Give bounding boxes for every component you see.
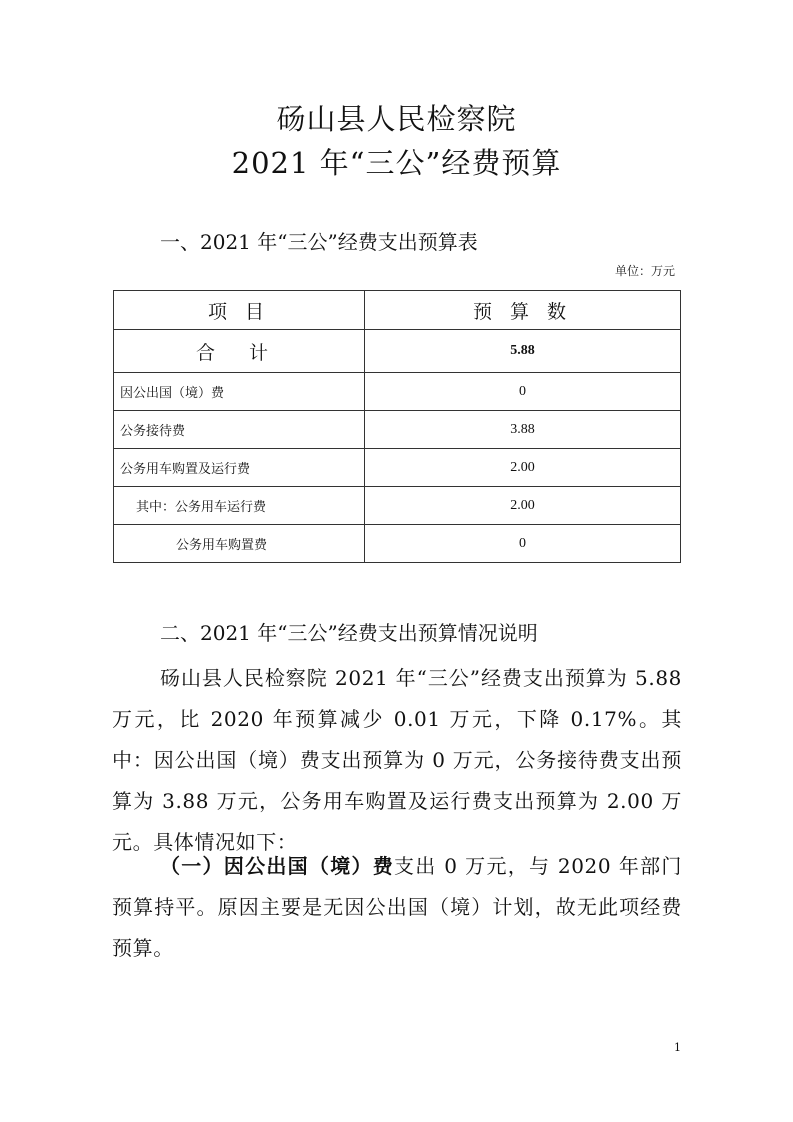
paragraph-summary: 砀山县人民检察院 2021 年“三公”经费支出预算为 5.88 万元，比 202…: [112, 658, 682, 863]
total-label: 合 计: [114, 330, 365, 373]
row-value: 0: [365, 373, 681, 411]
row-value: 0: [365, 525, 681, 563]
header-item: 项 目: [114, 291, 365, 330]
row-label: 其中：公务用车运行费: [114, 487, 365, 525]
row-label: 因公出国（境）费: [114, 373, 365, 411]
header-budget: 预 算 数: [365, 291, 681, 330]
row-value: 2.00: [365, 487, 681, 525]
table-row: 因公出国（境）费 0: [114, 373, 681, 411]
table-row: 其中：公务用车运行费 2.00: [114, 487, 681, 525]
unit-label: 单位：万元: [615, 263, 675, 279]
row-value: 3.88: [365, 411, 681, 449]
table-row: 公务用车购置费 0: [114, 525, 681, 563]
paragraph-overseas-travel: （一）因公出国（境）费支出 0 万元，与 2020 年部门预算持平。原因主要是无…: [112, 846, 682, 969]
document-title: 砀山县人民检察院: [0, 102, 793, 136]
row-label: 公务用车购置及运行费: [114, 449, 365, 487]
section-heading-explanation: 二、2021 年“三公”经费支出预算情况说明: [160, 620, 538, 646]
row-label: 公务接待费: [114, 411, 365, 449]
section-heading-budget-table: 一、2021 年“三公”经费支出预算表: [160, 229, 478, 255]
table-row-total: 合 计 5.88: [114, 330, 681, 373]
page-number: 1: [674, 1041, 681, 1054]
total-value: 5.88: [365, 330, 681, 373]
document-subtitle: 2021 年“三公”经费预算: [0, 146, 793, 180]
table-header-row: 项 目 预 算 数: [114, 291, 681, 330]
budget-table: 项 目 预 算 数 合 计 5.88 因公出国（境）费 0 公务接待费 3.88…: [113, 290, 681, 563]
row-value: 2.00: [365, 449, 681, 487]
table-row: 公务接待费 3.88: [114, 411, 681, 449]
table-row: 公务用车购置及运行费 2.00: [114, 449, 681, 487]
paragraph-subheading: （一）因公出国（境）费: [160, 854, 394, 878]
row-label: 公务用车购置费: [114, 525, 365, 563]
